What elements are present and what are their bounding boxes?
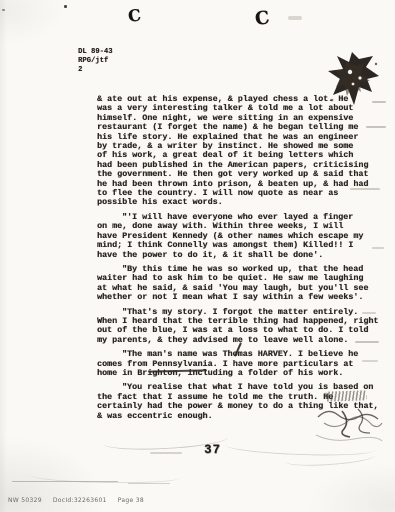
ink-speck — [2, 9, 5, 11]
ink-speck — [64, 5, 67, 8]
paragraph-5: "The man's name was Thomas HARVEY. I bel… — [97, 350, 387, 378]
paragraph-1: & ate out at his expense, & played chess… — [97, 95, 387, 208]
stray-mark — [150, 452, 182, 454]
scan-smudge — [288, 16, 302, 20]
stray-mark — [372, 247, 384, 249]
agent-typist-initials: RPG/jtf — [78, 57, 108, 65]
paragraph-2-quote: "'I will have everyone who ever layed a … — [97, 213, 387, 260]
stray-mark — [366, 126, 386, 128]
film-mark-c-right: C — [254, 7, 271, 30]
footer-page-label: Page 38 — [118, 497, 144, 504]
stray-mark — [350, 188, 380, 190]
stray-mark — [362, 312, 376, 314]
header-sub-page: 2 — [78, 66, 82, 74]
page-number: 37 — [204, 443, 221, 457]
footer-doc-id: DocId:32263601 — [53, 497, 107, 504]
stray-mark — [372, 101, 386, 103]
body-text: & ate out at his expense, & played chess… — [97, 95, 387, 426]
footer-nw-number: NW 50329 — [8, 497, 42, 504]
scan-line — [12, 481, 118, 482]
file-number: DL 89-43 — [78, 48, 113, 56]
document-header: DL 89-43RPG/jtf2 — [78, 48, 113, 74]
paragraph-4: "That's my story. I forgot the matter en… — [97, 308, 387, 346]
stray-mark — [355, 341, 379, 343]
smudge-after-he — [325, 390, 367, 401]
scanned-document-page: C C DL 89-43RPG/jtf2 & ate out at his ex… — [0, 0, 395, 512]
stray-mark — [362, 360, 378, 362]
paragraph-3: "By this time he was so worked up, that … — [97, 265, 387, 303]
archive-footer: NW 50329DocId:32263601Page 38 — [8, 497, 155, 504]
scan-line — [128, 483, 170, 484]
film-mark-c-left: C — [127, 5, 142, 26]
